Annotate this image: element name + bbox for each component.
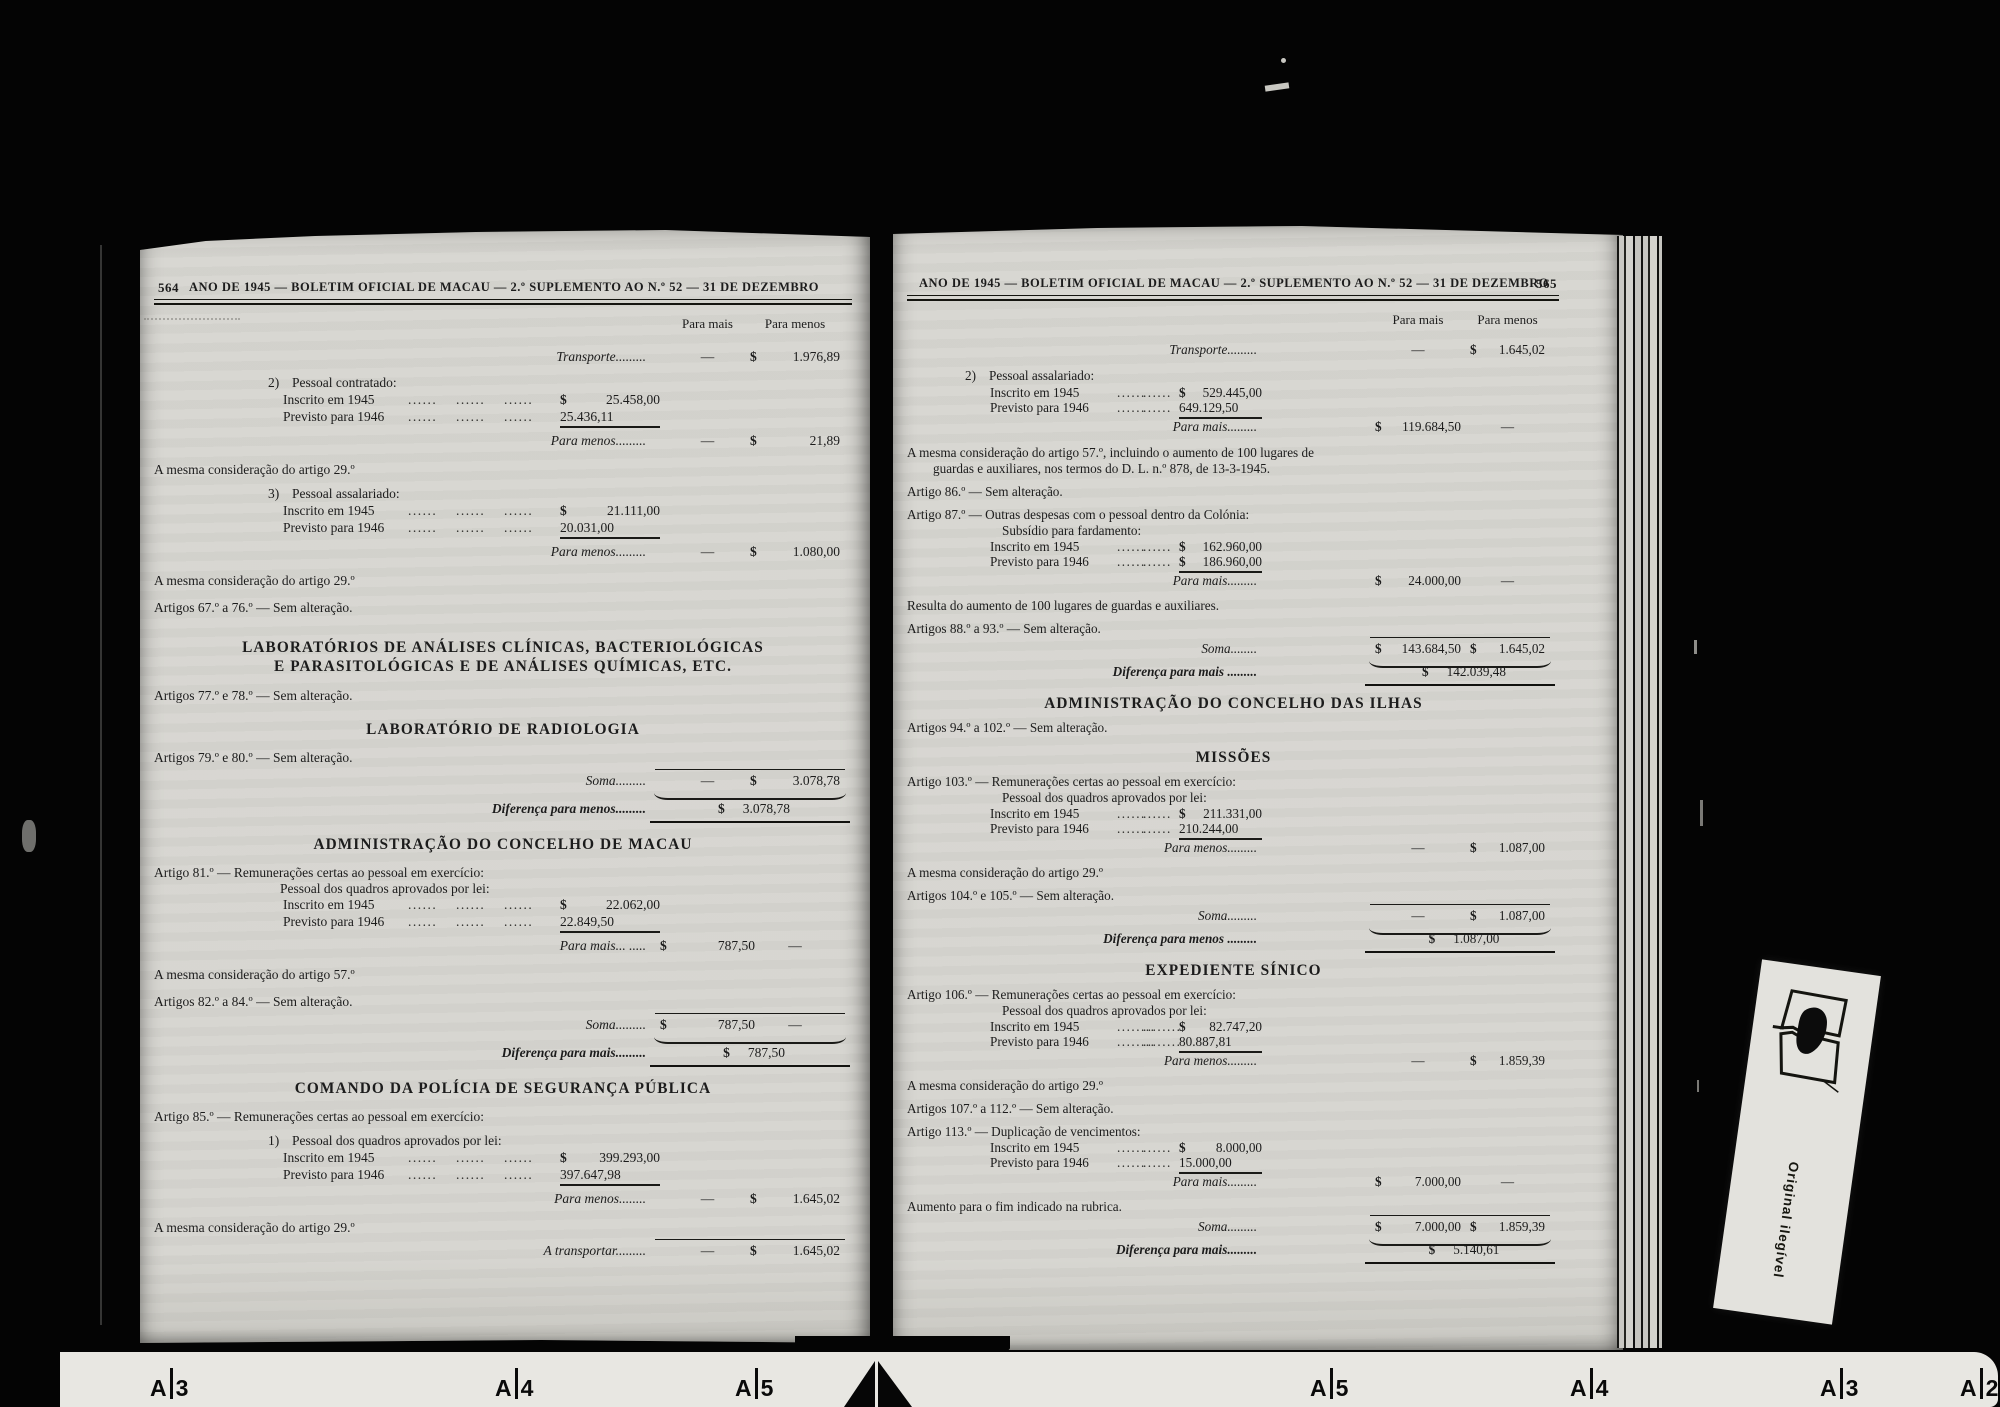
detail-amount: $22.062,00	[560, 897, 660, 913]
paragraph-text: guardas e auxiliares, nos termos do D. L…	[907, 461, 1560, 477]
amount-value: 397.647,98	[560, 1167, 621, 1183]
leader-dots: ......	[504, 914, 533, 930]
marker-tick	[1590, 1368, 1593, 1399]
amount-para-menos: $1.087,00	[1470, 840, 1545, 856]
paragraph-text: Artigos 77.º e 78.º — Sem alteração.	[154, 688, 352, 703]
leader-dots: ......	[408, 520, 437, 536]
summary-row: Para menos........—$1.645,02	[154, 1191, 852, 1209]
heading-text: EXPEDIENTE SÍNICO	[907, 961, 1560, 980]
leader-dots: ......	[456, 1150, 485, 1166]
amount-value: —	[1411, 1053, 1424, 1069]
paragraph-text: A mesma consideração do artigo 29.º	[154, 573, 355, 588]
detail-amount: $211.331,00	[1179, 806, 1262, 822]
amount-value: 1.087,00	[1499, 840, 1545, 856]
detail-label: Previsto para 1946	[283, 1167, 384, 1183]
summary-label: Para menos.........	[154, 544, 646, 560]
amount-para-menos: $1.645,02	[750, 1243, 840, 1259]
detail-amount: 15.000,00	[1179, 1155, 1262, 1174]
detail-amount: $25.458,00	[560, 392, 660, 408]
sub-label: Pessoal dos quadros aprovados por lei:	[907, 790, 1560, 806]
detail-row: Previsto para 1946..................397.…	[154, 1167, 852, 1184]
summary-label: Para menos........	[154, 1191, 646, 1207]
difference-label: Diferença para menos .........	[907, 931, 1257, 947]
film-scratch	[100, 245, 102, 1325]
amount-para-mais: —	[660, 1243, 755, 1259]
paragraph-text: Artigos 88.º a 93.º — Sem alteração.	[907, 621, 1101, 636]
paragraph: A mesma consideração do artigo 29.º	[154, 462, 852, 478]
detail-amount: 210.244,00	[1179, 821, 1262, 840]
paragraph: Artigo 103.º — Remunerações certas ao pe…	[907, 774, 1560, 790]
detail-row: Inscrito em 1945............$529.445,00	[907, 385, 1560, 400]
amount-value: —	[1501, 573, 1514, 589]
page-number: 564	[158, 280, 179, 296]
leader-dots: ......	[408, 503, 437, 519]
difference-label: Diferença para menos.........	[154, 801, 646, 817]
dollar-sign: $	[1470, 840, 1477, 856]
detail-amount: $82.747,20	[1179, 1019, 1262, 1035]
marker-number: 5	[761, 1375, 774, 1401]
numbered-item: 1)Pessoal dos quadros aprovados por lei:	[154, 1133, 852, 1150]
summary-label: Soma.........	[907, 1219, 1257, 1235]
leader-dots: ......	[504, 1167, 533, 1183]
marker-tick	[515, 1368, 518, 1399]
marker-letter: A	[1820, 1375, 1837, 1401]
amount-value: 21,89	[810, 433, 840, 449]
detail-label: Previsto para 1946	[990, 554, 1089, 570]
leader-dots: ......	[456, 520, 485, 536]
marker-number: 4	[521, 1375, 534, 1401]
paragraph-text: A mesma consideração do artigo 57.º	[154, 967, 355, 982]
dollar-sign: $	[1375, 573, 1382, 589]
summary-row: Para menos.........—$21,89	[154, 433, 852, 451]
amount-value: —	[1411, 908, 1424, 924]
detail-label: Previsto para 1946	[283, 409, 384, 425]
paragraph-text: Artigos 94.º a 102.º — Sem alteração.	[907, 720, 1107, 735]
film-frame-marker: A4	[495, 1368, 533, 1402]
detail-row: Inscrito em 1945............$211.331,00	[907, 806, 1560, 821]
leader-dots: ......	[1143, 385, 1172, 401]
item-number: 3)	[268, 486, 279, 502]
amount-para-menos: —	[1470, 419, 1545, 435]
detail-label: Previsto para 1946	[990, 1034, 1089, 1050]
amount-para-menos: $1.645,02	[1470, 641, 1545, 657]
page-number: 565	[1536, 276, 1557, 292]
marker-letter: A	[150, 1375, 167, 1401]
amount-para-mais: —	[660, 773, 755, 789]
detail-label: Inscrito em 1945	[990, 1140, 1079, 1156]
amount-value: 1.976,89	[793, 349, 840, 365]
amount-value: 15.000,00	[1179, 1155, 1232, 1171]
amount-value: —	[1501, 419, 1514, 435]
amount-value: 787,50	[748, 1045, 785, 1061]
leader-dots: ......	[1117, 385, 1146, 401]
amount-value: 7.000,00	[1415, 1219, 1461, 1235]
heading-text: LABORATÓRIOS DE ANÁLISES CLÍNICAS, BACTE…	[154, 638, 852, 657]
amount-value: 186.960,00	[1203, 554, 1262, 570]
dollar-sign: $	[560, 392, 567, 408]
amount-para-mais: $119.684,50	[1375, 419, 1461, 435]
leader-dots: ......	[1117, 554, 1146, 570]
dollar-sign: $	[1375, 641, 1382, 657]
paragraph: A mesma consideração do artigo 57.º, inc…	[907, 445, 1560, 477]
detail-amount: $8.000,00	[1179, 1140, 1262, 1156]
page-body: Transporte.........—$1.645,022)Pessoal a…	[907, 338, 1560, 1269]
dollar-sign: $	[1179, 539, 1186, 555]
paragraph: Artigo 81.º — Remunerações certas ao pes…	[154, 865, 852, 881]
paragraph-text: Artigos 82.º a 84.º — Sem alteração.	[154, 994, 352, 1009]
summary-row: Soma.........$7.000,00$1.859,39	[907, 1219, 1560, 1237]
film-scratch	[1694, 640, 1697, 654]
paragraph: A mesma consideração do artigo 29.º	[154, 1220, 852, 1236]
item-text: Pessoal assalariado:	[292, 486, 400, 502]
leader-dots: ........	[1143, 1019, 1181, 1035]
sub-label-text: Pessoal dos quadros aprovados por lei:	[1002, 1003, 1207, 1019]
section-heading: LABORATÓRIOS DE ANÁLISES CLÍNICAS, BACTE…	[154, 638, 852, 676]
dollar-sign: $	[1470, 908, 1477, 924]
numbered-item: 2)Pessoal contratado:	[154, 375, 852, 392]
amount-para-mais: —	[1375, 840, 1461, 856]
leader-dots: ......	[1117, 1155, 1146, 1171]
detail-row: Previsto para 1946..................22.8…	[154, 914, 852, 931]
amount-para-mais: —	[1375, 908, 1461, 924]
leader-dots: ......	[504, 409, 533, 425]
marker-letter: A	[1960, 1375, 1977, 1401]
detail-row: Previsto para 1946..................20.0…	[154, 520, 852, 537]
detail-row: Inscrito em 1945............$8.000,00	[907, 1140, 1560, 1155]
paragraph-text: A mesma consideração do artigo 57.º, inc…	[907, 445, 1314, 460]
summary-label: Transporte.........	[154, 349, 646, 365]
leader-dots: ......	[456, 409, 485, 425]
amount-value: 25.436,11	[560, 409, 614, 425]
detail-row: Previsto para 1946............210.244,00	[907, 821, 1560, 836]
marker-tick	[1980, 1368, 1983, 1399]
amount-value: 211.331,00	[1203, 806, 1262, 822]
paragraph: A mesma consideração do artigo 29.º	[907, 865, 1560, 881]
difference-row: Diferença para mais.........$5.140,61	[907, 1242, 1560, 1260]
amount-value: 649.129,50	[1179, 400, 1238, 416]
amount-value: 82.747,20	[1209, 1019, 1262, 1035]
amount-value: 142.039,48	[1447, 664, 1506, 680]
paragraph-text: Artigo 113.º — Duplicação de vencimentos…	[907, 1124, 1141, 1139]
sub-label-text: Pessoal dos quadros aprovados por lei:	[280, 881, 490, 897]
paragraph: Artigos 82.º a 84.º — Sem alteração.	[154, 994, 852, 1010]
film-frame-marker: A5	[735, 1368, 773, 1402]
summary-row: Transporte.........—$1.976,89	[154, 349, 852, 367]
dollar-sign: $	[1375, 1174, 1382, 1190]
amount-value: 1.645,02	[1499, 641, 1545, 657]
film-speck	[22, 820, 36, 852]
amount-para-menos: —	[1470, 573, 1545, 589]
leader-dots: ......	[1143, 554, 1172, 570]
amount-value: 3.078,78	[743, 801, 790, 817]
item-number: 2)	[268, 375, 279, 391]
leader-dots: ......	[1143, 539, 1172, 555]
paragraph-text: Artigos 67.º a 76.º — Sem alteração.	[154, 600, 352, 615]
amount-value: 20.031,00	[560, 520, 614, 536]
leader-dots: ......	[456, 392, 485, 408]
leader-dots: ......	[1143, 821, 1172, 837]
detail-amount: $162.960,00	[1179, 539, 1262, 555]
amount-value: 399.293,00	[599, 1150, 660, 1166]
amount-para-menos: $3.078,78	[750, 773, 840, 789]
summary-row: Soma........$143.684,50$1.645,02	[907, 641, 1560, 659]
leader-dots: ......	[408, 409, 437, 425]
section-heading: MISSÕES	[907, 748, 1560, 767]
pencil-mark	[144, 318, 240, 320]
heading-text: ADMINISTRAÇÃO DO CONCELHO DE MACAU	[154, 835, 852, 854]
detail-row: Inscrito em 1945............$162.960,00	[907, 539, 1560, 554]
amount-value: 22.062,00	[606, 897, 660, 913]
dollar-sign: $	[1470, 342, 1477, 358]
item-text: Pessoal contratado:	[292, 375, 397, 391]
dollar-sign: $	[718, 801, 725, 817]
summary-row: Para mais.........$119.684,50—	[907, 419, 1560, 437]
paragraph: Artigo 85.º — Remunerações certas ao pes…	[154, 1109, 852, 1125]
marker-tick	[755, 1368, 758, 1399]
dollar-sign: $	[723, 1045, 730, 1061]
amount-para-mais: —	[660, 349, 755, 365]
detail-label: Previsto para 1946	[990, 821, 1089, 837]
detail-label: Previsto para 1946	[283, 914, 384, 930]
detail-row: Previsto para 1946................80.887…	[907, 1034, 1560, 1049]
sub-label: Pessoal dos quadros aprovados por lei:	[907, 1003, 1560, 1019]
amount-value: 210.244,00	[1179, 821, 1238, 837]
detail-amount: 22.849,50	[560, 914, 660, 933]
amount-para-menos: —	[1470, 1174, 1545, 1190]
amount-value: 21.111,00	[607, 503, 660, 519]
heading-text: E PARASITOLÓGICAS E DE ANÁLISES QUÍMICAS…	[154, 657, 852, 676]
amount-para-mais: —	[1375, 342, 1461, 358]
amount-value: 1.645,02	[1499, 342, 1545, 358]
leader-dots: ......	[408, 897, 437, 913]
summary-label: Transporte.........	[907, 342, 1257, 358]
film-strip: A3A4A5A5A4A3A2	[60, 1352, 1998, 1407]
paragraph-text: Aumento para o fim indicado na rubrica.	[907, 1199, 1122, 1214]
frame-marker-triangle	[844, 1361, 875, 1407]
amount-para-mais: $7.000,00	[1375, 1174, 1461, 1190]
detail-label: Inscrito em 1945	[990, 1019, 1079, 1035]
amount-para-menos: $1.859,39	[1470, 1053, 1545, 1069]
marker-tick	[1840, 1368, 1843, 1399]
amount-value: 162.960,00	[1203, 539, 1262, 555]
paragraph-text: Artigo 85.º — Remunerações certas ao pes…	[154, 1109, 484, 1124]
difference-amount: $5.140,61	[1383, 1242, 1545, 1258]
amount-value: 1.087,00	[1499, 908, 1545, 924]
summary-label: Soma.........	[154, 1017, 646, 1033]
amount-value: 3.078,78	[793, 773, 840, 789]
film-speck	[1281, 58, 1286, 63]
paragraph: Artigo 106.º — Remunerações certas ao pe…	[907, 987, 1560, 1003]
marker-number: 4	[1596, 1375, 1609, 1401]
sub-label: Subsídio para fardamento:	[907, 523, 1560, 539]
amount-value: 25.458,00	[606, 392, 660, 408]
item-text: Pessoal dos quadros aprovados por lei:	[292, 1133, 502, 1149]
amount-value: 1.645,02	[793, 1191, 840, 1207]
page-left: 564 ANO DE 1945 — BOLETIM OFICIAL DE MAC…	[140, 230, 870, 1343]
leader-dots: ......	[504, 1150, 533, 1166]
film-frame-marker: A5	[1310, 1368, 1348, 1402]
summary-row: Para mais.........$7.000,00—	[907, 1174, 1560, 1192]
summary-row: Para menos.........—$1.859,39	[907, 1053, 1560, 1071]
dollar-sign: $	[750, 349, 757, 365]
page-right: 565 ANO DE 1945 — BOLETIM OFICIAL DE MAC…	[893, 226, 1623, 1350]
marker-letter: A	[1310, 1375, 1327, 1401]
amount-value: 8.000,00	[1216, 1140, 1262, 1156]
marker-number: 3	[176, 1375, 189, 1401]
summary-label: Para mais... .....	[154, 938, 646, 954]
difference-label: Diferença para mais .........	[907, 664, 1257, 680]
paragraph-text: Resulta do aumento de 100 lugares de gua…	[907, 598, 1219, 613]
difference-amount: $1.087,00	[1383, 931, 1545, 947]
header-rule	[907, 295, 1559, 301]
frame-marker-triangle	[878, 1361, 912, 1407]
paragraph: Artigos 94.º a 102.º — Sem alteração.	[907, 720, 1560, 736]
damaged-book-icon	[1763, 982, 1861, 1097]
paragraph: Artigo 86.º — Sem alteração.	[907, 484, 1560, 500]
dollar-sign: $	[750, 1243, 757, 1259]
column-header-para-menos: Para menos	[1470, 312, 1545, 328]
summary-row: Para mais.........$24.000,00—	[907, 573, 1560, 591]
amount-value: —	[788, 1017, 802, 1033]
difference-label: Diferença para mais.........	[154, 1045, 646, 1061]
detail-row: Previsto para 1946..................25.4…	[154, 409, 852, 426]
difference-amount: $142.039,48	[1383, 664, 1545, 680]
leader-dots: ......	[504, 520, 533, 536]
paragraph: Artigos 79.º e 80.º — Sem alteração.	[154, 750, 852, 766]
amount-value: 529.445,00	[1203, 385, 1262, 401]
paragraph-text: Artigo 87.º — Outras despesas com o pess…	[907, 507, 1249, 522]
dollar-sign: $	[1179, 806, 1186, 822]
item-number: 2)	[965, 368, 976, 384]
sub-label-text: Subsídio para fardamento:	[1002, 523, 1141, 539]
amount-value: 119.684,50	[1402, 419, 1461, 435]
difference-row: Diferença para mais.........$787,50	[154, 1045, 852, 1063]
summary-label: Soma........	[907, 641, 1257, 657]
detail-amount: 25.436,11	[560, 409, 660, 428]
amount-para-menos: $1.859,39	[1470, 1219, 1545, 1235]
amount-value: —	[701, 1243, 715, 1259]
dollar-sign: $	[1429, 931, 1436, 947]
dollar-sign: $	[660, 1017, 667, 1033]
running-header: 564 ANO DE 1945 — BOLETIM OFICIAL DE MAC…	[156, 280, 852, 295]
amount-para-menos: —	[750, 1017, 840, 1033]
summary-label: Para mais.........	[907, 1174, 1257, 1190]
leader-dots: ......	[504, 392, 533, 408]
running-title: ANO DE 1945 — BOLETIM OFICIAL DE MACAU —…	[189, 280, 819, 294]
dollar-sign: $	[1422, 664, 1429, 680]
amount-para-menos: $1.976,89	[750, 349, 840, 365]
leader-dots: ......	[1117, 400, 1146, 416]
paragraph-text: Artigo 86.º — Sem alteração.	[907, 484, 1063, 499]
leader-dots: ......	[1143, 1155, 1172, 1171]
paragraph: Artigo 113.º — Duplicação de vencimentos…	[907, 1124, 1560, 1140]
marker-number: 5	[1336, 1375, 1349, 1401]
leader-dots: ......	[504, 897, 533, 913]
column-header-para-menos: Para menos	[750, 316, 840, 332]
sub-label-text: Pessoal dos quadros aprovados por lei:	[1002, 790, 1207, 806]
amount-value: 80.887,81	[1179, 1034, 1232, 1050]
detail-row: Previsto para 1946............649.129,50	[907, 400, 1560, 415]
amount-para-mais: $7.000,00	[1375, 1219, 1461, 1235]
section-heading: ADMINISTRAÇÃO DO CONCELHO DE MACAU	[154, 835, 852, 854]
summary-row: Para menos.........—$1.080,00	[154, 544, 852, 562]
detail-label: Inscrito em 1945	[990, 806, 1079, 822]
summary-row: Soma.........—$3.078,78	[154, 773, 852, 791]
column-header-para-mais: Para mais	[1375, 312, 1461, 328]
amount-para-menos: —	[750, 938, 840, 954]
detail-row: Inscrito em 1945................$82.747,…	[907, 1019, 1560, 1034]
dollar-sign: $	[560, 1150, 567, 1166]
marker-letter: A	[495, 1375, 512, 1401]
paragraph-text: Artigos 104.º e 105.º — Sem alteração.	[907, 888, 1114, 903]
film-frame-marker: A2	[1960, 1368, 1998, 1402]
paragraph: Aumento para o fim indicado na rubrica.	[907, 1199, 1560, 1215]
detail-label: Inscrito em 1945	[283, 1150, 374, 1166]
sub-label: Pessoal dos quadros aprovados por lei:	[154, 881, 852, 897]
amount-value: 143.684,50	[1402, 641, 1461, 657]
illegible-stamp: Original ilegível	[1713, 959, 1881, 1324]
difference-row: Diferença para menos .........$1.087,00	[907, 931, 1560, 949]
leader-dots: ......	[408, 914, 437, 930]
leader-dots: ......	[456, 503, 485, 519]
amount-value: —	[1501, 1174, 1514, 1190]
paragraph: A mesma consideração do artigo 57.º	[154, 967, 852, 983]
marker-letter: A	[735, 1375, 752, 1401]
paragraph: Resulta do aumento de 100 lugares de gua…	[907, 598, 1560, 614]
leader-dots: ......	[504, 503, 533, 519]
leader-dots: ......	[1143, 806, 1172, 822]
amount-para-menos: $1.645,02	[750, 1191, 840, 1207]
detail-row: Previsto para 1946............15.000,00	[907, 1155, 1560, 1170]
header-rule	[154, 299, 852, 305]
amount-value: —	[701, 433, 715, 449]
summary-row: Transporte.........—$1.645,02	[907, 342, 1560, 360]
amount-value: —	[1411, 840, 1424, 856]
paragraph: Artigos 67.º a 76.º — Sem alteração.	[154, 600, 852, 616]
detail-amount: 397.647,98	[560, 1167, 660, 1186]
paragraph-text: Artigo 81.º — Remunerações certas ao pes…	[154, 865, 484, 880]
difference-row: Diferença para mais .........$142.039,48	[907, 664, 1560, 682]
amount-para-mais: $787,50	[660, 1017, 755, 1033]
summary-label: Para mais.........	[907, 419, 1257, 435]
summary-row: Para mais... .....$787,50—	[154, 938, 852, 956]
detail-row: Inscrito em 1945..................$399.2…	[154, 1150, 852, 1167]
paragraph: Artigo 87.º — Outras despesas com o pess…	[907, 507, 1560, 523]
film-scratch	[1700, 800, 1703, 826]
paragraph-text: Artigos 107.º a 112.º — Sem alteração.	[907, 1101, 1114, 1116]
amount-value: —	[1411, 342, 1424, 358]
detail-amount: 80.887,81	[1179, 1034, 1262, 1053]
amount-value: —	[701, 1191, 715, 1207]
detail-amount: 20.031,00	[560, 520, 660, 539]
summary-row: A transportar.........—$1.645,02	[154, 1243, 852, 1261]
summary-row: Soma.........$787,50—	[154, 1017, 852, 1035]
film-frame-marker: A3	[1820, 1368, 1858, 1402]
leader-dots: ......	[408, 392, 437, 408]
detail-label: Inscrito em 1945	[990, 539, 1079, 555]
numbered-item: 3)Pessoal assalariado:	[154, 486, 852, 503]
section-heading: EXPEDIENTE SÍNICO	[907, 961, 1560, 980]
summary-label: A transportar.........	[154, 1243, 646, 1259]
leader-dots: ......	[1117, 821, 1146, 837]
paragraph-text: A mesma consideração do artigo 29.º	[907, 865, 1103, 880]
section-heading: ADMINISTRAÇÃO DO CONCELHO DAS ILHAS	[907, 694, 1560, 713]
dollar-sign: $	[1179, 1019, 1186, 1035]
dollar-sign: $	[750, 773, 757, 789]
dollar-sign: $	[660, 938, 667, 954]
heading-text: MISSÕES	[907, 748, 1560, 767]
paragraph: Artigos 104.º e 105.º — Sem alteração.	[907, 888, 1560, 904]
